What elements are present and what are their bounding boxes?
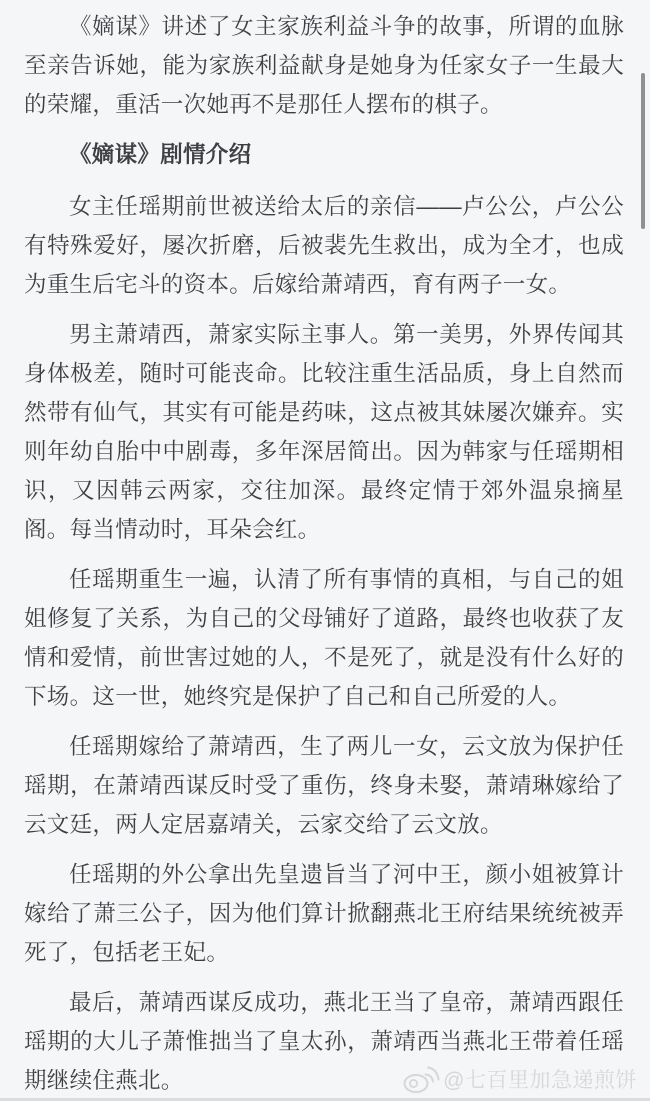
plot-paragraph-marriage: 任瑶期嫁给了萧靖西，生了两儿一女，云文放为保护任瑶期，在萧靖西谋反时受了重伤，终… xyxy=(24,727,624,844)
scrollbar-thumb[interactable] xyxy=(641,73,645,229)
plot-section-heading: 《嫡谋》剧情介绍 xyxy=(24,135,624,174)
plot-paragraph-grandfather: 任瑶期的外公拿出先皇遗旨当了河中王，颜小姐被算计嫁给了萧三公子，因为他们算计掀翻… xyxy=(24,855,624,972)
plot-paragraph-heroine: 女主任瑶期前世被送给太后的亲信——卢公公，卢公公有特殊爱好，屡次折磨，后被裴先生… xyxy=(24,187,624,304)
weibo-logo-icon xyxy=(402,1063,440,1094)
article-page: 《嫡谋》讲述了女主家族利益斗争的故事，所谓的血脉至亲告诉她，能为家族利益献身是她… xyxy=(0,0,650,1101)
watermark-handle: @七百里加急递煎饼 xyxy=(443,1064,637,1094)
plot-paragraph-rebirth: 任瑶期重生一遍，认清了所有事情的真相，与自己的姐姐修复了关系，为自己的父母铺好了… xyxy=(24,560,624,716)
weibo-watermark: @七百里加急递煎饼 xyxy=(402,1063,637,1094)
article-content: 《嫡谋》讲述了女主家族利益斗争的故事，所谓的血脉至亲告诉她，能为家族利益献身是她… xyxy=(0,0,650,1100)
intro-paragraph: 《嫡谋》讲述了女主家族利益斗争的故事，所谓的血脉至亲告诉她，能为家族利益献身是她… xyxy=(24,7,624,124)
plot-paragraph-hero: 男主萧靖西，萧家实际主事人。第一美男，外界传闻其身体极差，随时可能丧命。比较注重… xyxy=(24,315,624,549)
